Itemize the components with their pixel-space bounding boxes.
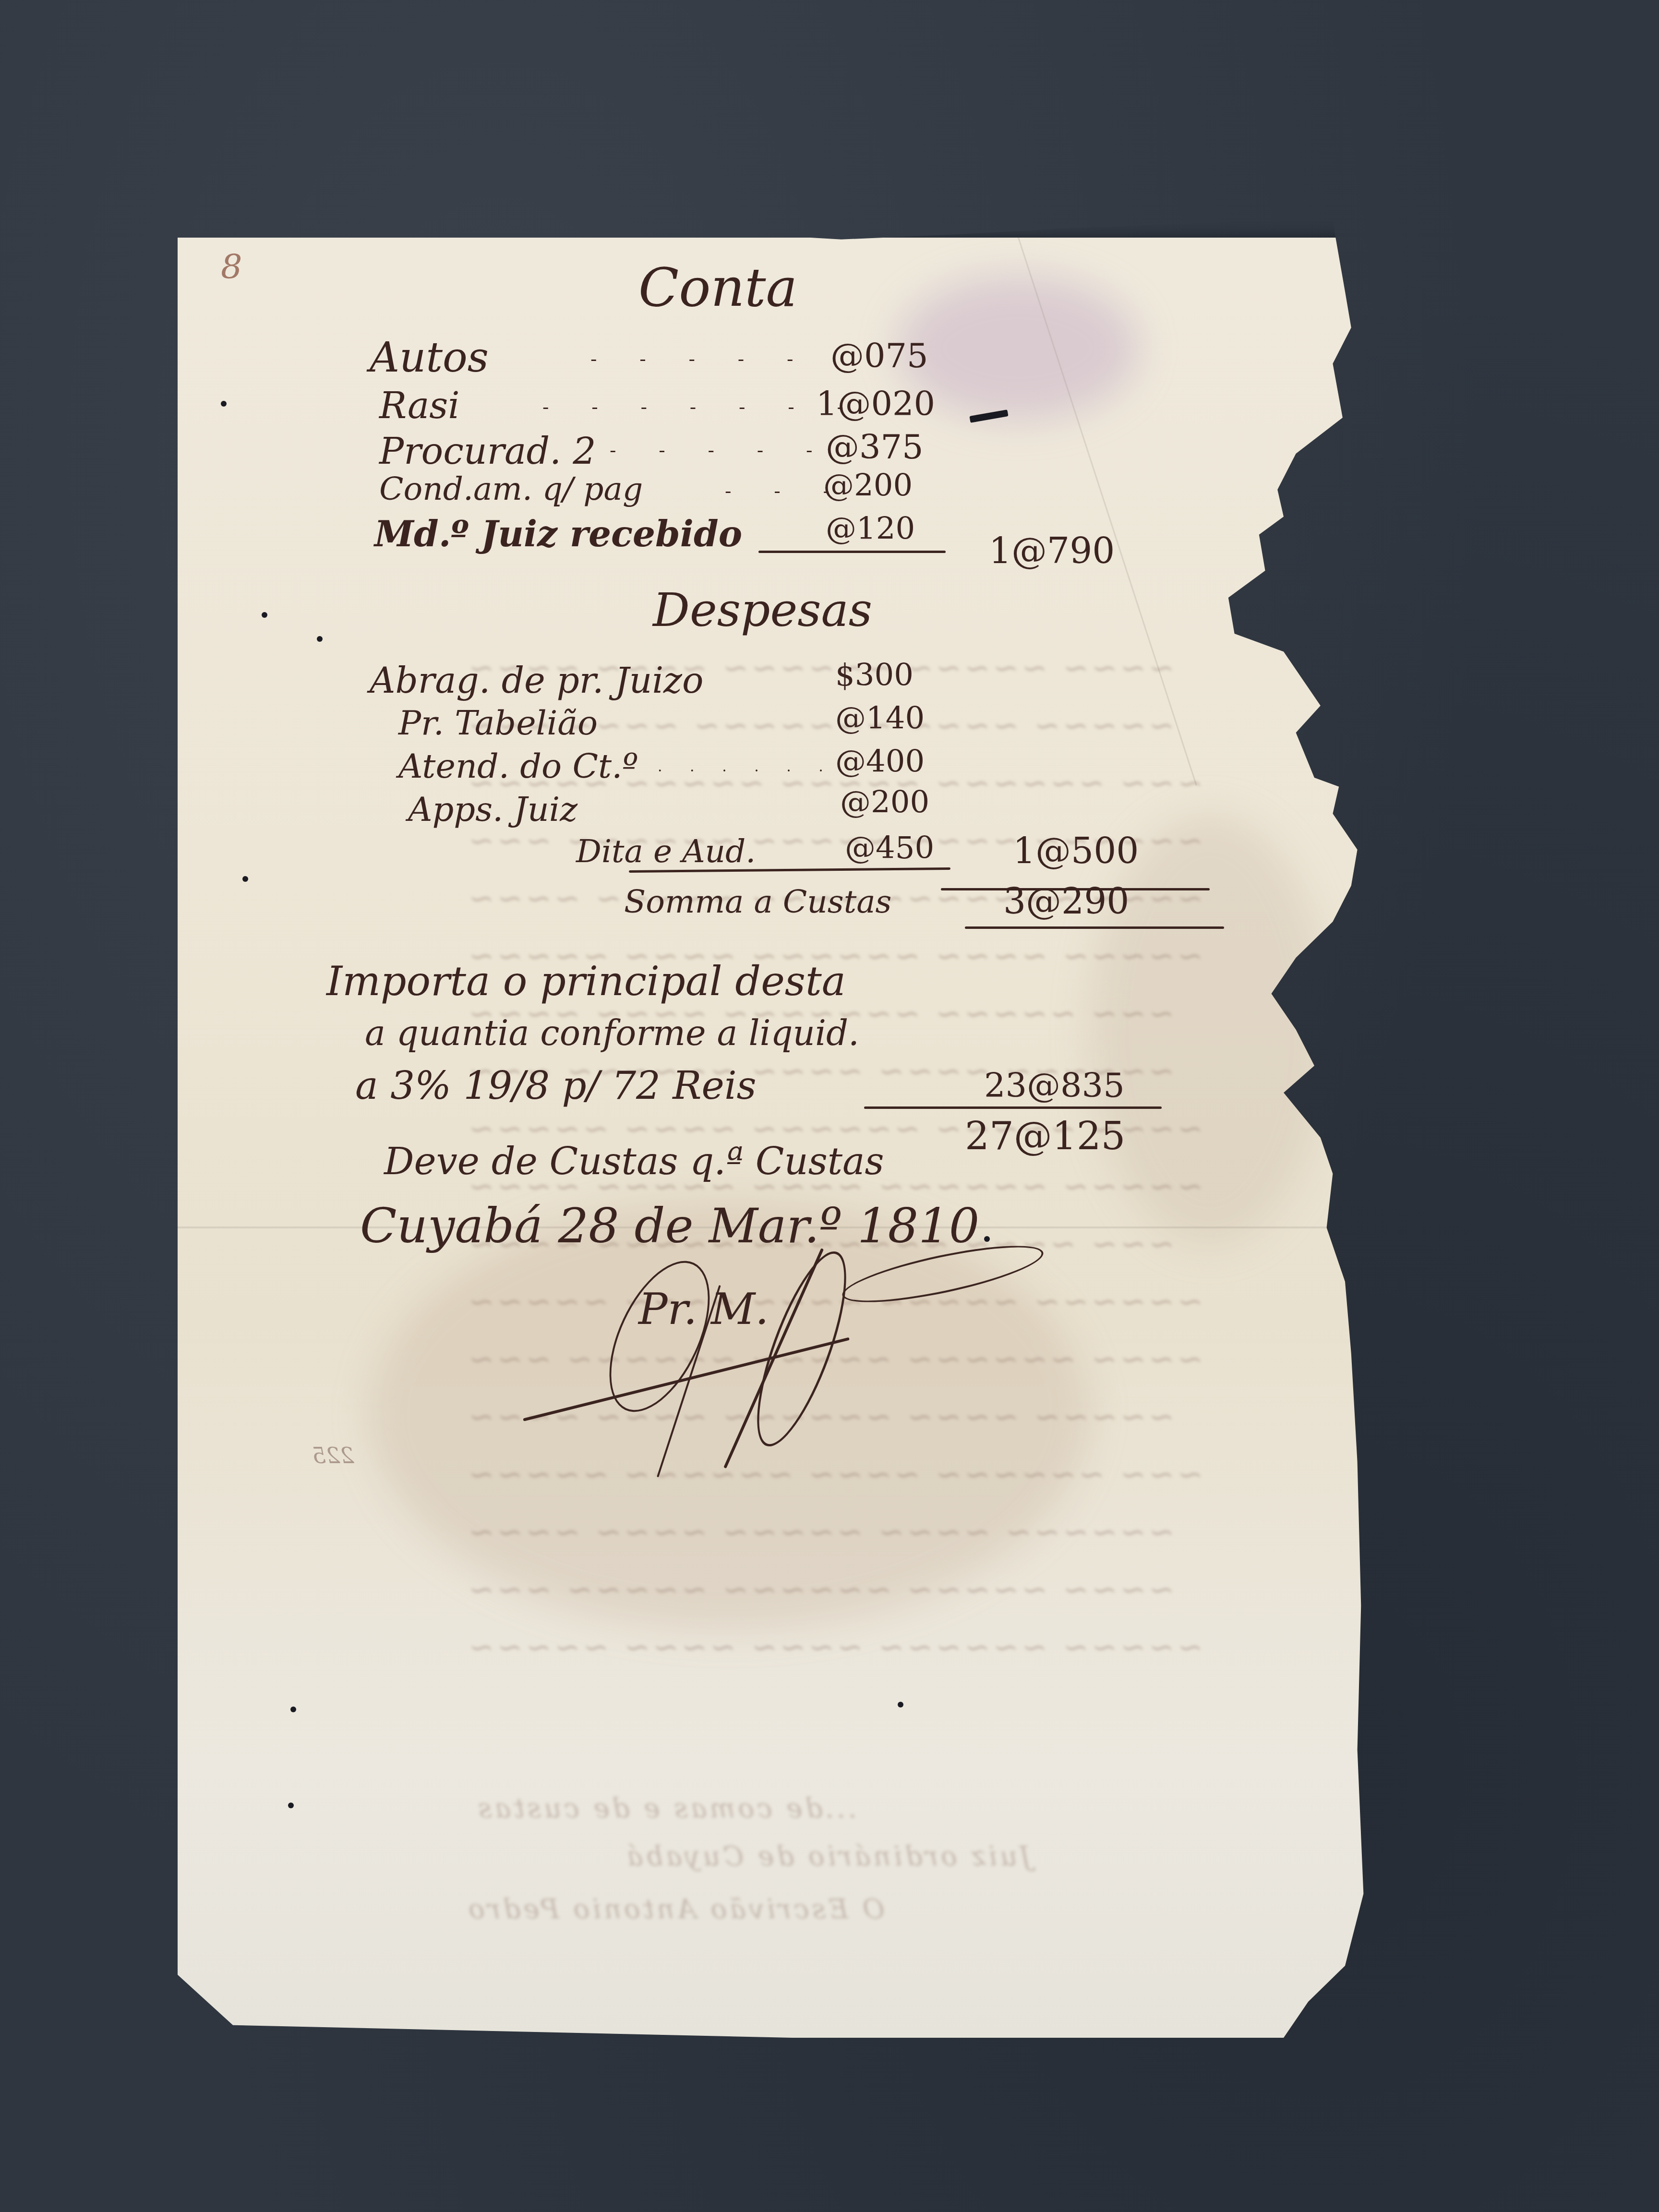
bleed-through-text: ~~~ ~~~~~~ ~~~~ ~~~~~~ ~~~~~	[466, 1457, 1203, 1492]
ink-blot	[969, 409, 1008, 423]
despesas-total: 1@500	[1013, 830, 1139, 872]
leader-dots: - - - - -	[610, 439, 830, 461]
bleed-through-line: ...de comas e de custas	[475, 1793, 857, 1824]
despesas-item-label: Dita e Aud.	[576, 833, 756, 870]
ink-speck	[290, 1707, 296, 1712]
conta-item-label: Cond.am. q/ pag	[379, 470, 643, 507]
paragraph-line: a 3% 19/8 p/ 72 Reis	[355, 1063, 757, 1108]
ink-speck	[898, 1702, 903, 1707]
paragraph-line: Importa o principal desta	[326, 958, 846, 1005]
total-rule	[965, 926, 1224, 929]
despesas-item-amount: $300	[835, 658, 914, 693]
ink-speck	[262, 612, 267, 618]
deve-line: Deve de Custas q.ª Custas	[384, 1140, 884, 1183]
conta-item-amount: @200	[823, 468, 913, 504]
leader-dots: - - - - - - -	[542, 396, 862, 418]
despesas-item-amount: @450	[845, 830, 934, 866]
conta-item-label: Rasi	[379, 384, 460, 427]
soma-total: 3@290	[1003, 881, 1129, 922]
despesas-item-label: Abrag. de pr. Juizo	[370, 660, 704, 701]
despesas-item-amount: @140	[835, 701, 925, 736]
bleed-through-text: ~~~~~ ~~~~ ~~~~~~ ~~~~ ~~~~	[466, 1399, 1175, 1435]
ink-speck	[221, 401, 227, 407]
sum-rule	[864, 1106, 1162, 1109]
despesas-item-label: Atend. do Ct.º	[398, 746, 638, 786]
conta-item-amount: 1@020	[816, 384, 935, 423]
bleed-through-text: ~~~~~ ~~~~~~ ~~~~ ~~~~ ~~~~~	[466, 1630, 1203, 1665]
ink-speck	[242, 876, 248, 882]
conta-total: 1@790	[989, 530, 1115, 572]
ink-speck	[317, 636, 323, 642]
margin-note: 225	[312, 1443, 354, 1468]
grand-total: 27@125	[965, 1114, 1126, 1158]
document-title: Conta	[638, 257, 797, 318]
section-heading: Despesas	[653, 583, 872, 637]
conta-item-amount: @075	[830, 336, 928, 375]
place-date: Cuyabá 28 de Mar.º 1810	[360, 1198, 979, 1254]
despesas-item-amount: @200	[840, 785, 929, 820]
bleed-through-text: ~~~~ ~~~~~~ ~~~~~ ~~~~~~ ~~~	[466, 1342, 1203, 1377]
juros-amount: 23@835	[984, 1066, 1125, 1105]
despesas-item-amount: @400	[835, 744, 925, 780]
bleed-through-line: Juiz ordinário de Cuyabá	[624, 1841, 1031, 1872]
paragraph-line: a quantia conforme a liquid.	[365, 1013, 859, 1053]
conta-item-label: Md.º Juiz recebido	[374, 514, 742, 555]
bleed-through-text: ~~~~ ~~~~~ ~~~~~~ ~~~~~ ~~~	[466, 1572, 1175, 1608]
conta-item-label: Autos	[370, 334, 489, 382]
page-number: 8	[221, 247, 242, 287]
tear-line	[1018, 238, 1197, 786]
document-sheet: ~~~~ ~~~~~ ~~~~~~ ~~~~ ~~~~ ~~~~~ ~~~~ ~…	[178, 238, 1407, 2038]
conta-item-amount: @375	[826, 427, 924, 467]
conta-item-amount: @120	[826, 511, 915, 547]
ink-speck	[288, 1803, 294, 1808]
despesas-item-label: Pr. Tabelião	[398, 703, 598, 743]
leader-dots: . . . . . .	[658, 758, 835, 775]
soma-label: Somma a Custas	[624, 883, 891, 920]
bleed-through-text: ~~~~~~ ~~~~ ~~~~~ ~~~~ ~~~~	[466, 1515, 1175, 1550]
despesas-item-label: Apps. Juiz	[408, 790, 577, 829]
conta-item-label: Procurad. 2	[379, 430, 596, 472]
bleed-through-line: O Escrivão Antonio Pedro	[466, 1894, 885, 1925]
leader-dots: - - - - -	[590, 348, 811, 370]
ink-speck	[984, 1236, 990, 1242]
subtotal-rule	[758, 551, 946, 553]
